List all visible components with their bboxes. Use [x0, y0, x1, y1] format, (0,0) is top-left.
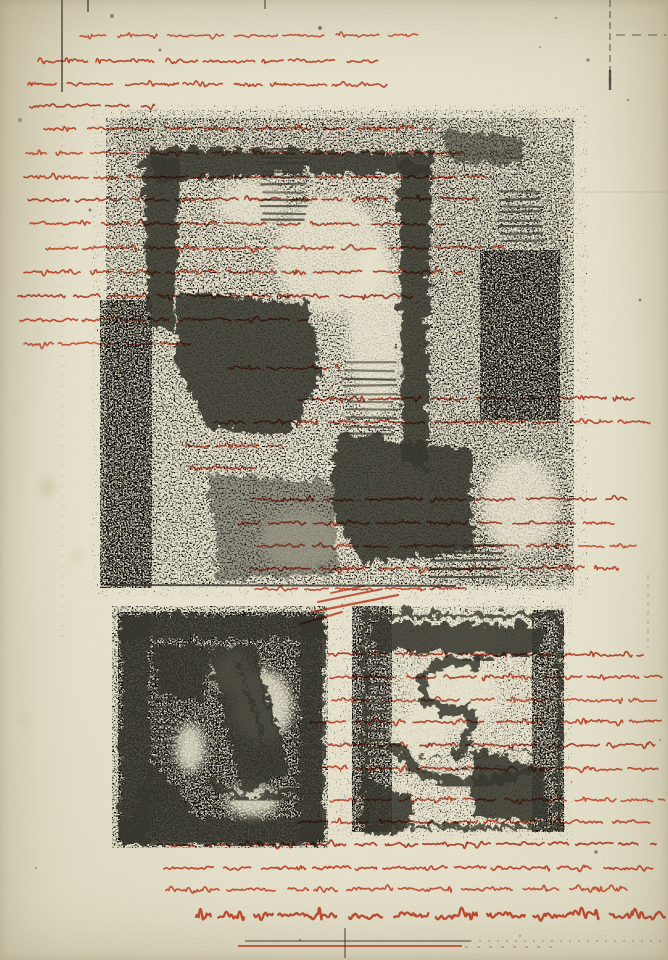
artwork-canvas	[0, 0, 668, 960]
paper-grain-overlay	[0, 0, 668, 960]
manuscript-page	[0, 0, 668, 960]
